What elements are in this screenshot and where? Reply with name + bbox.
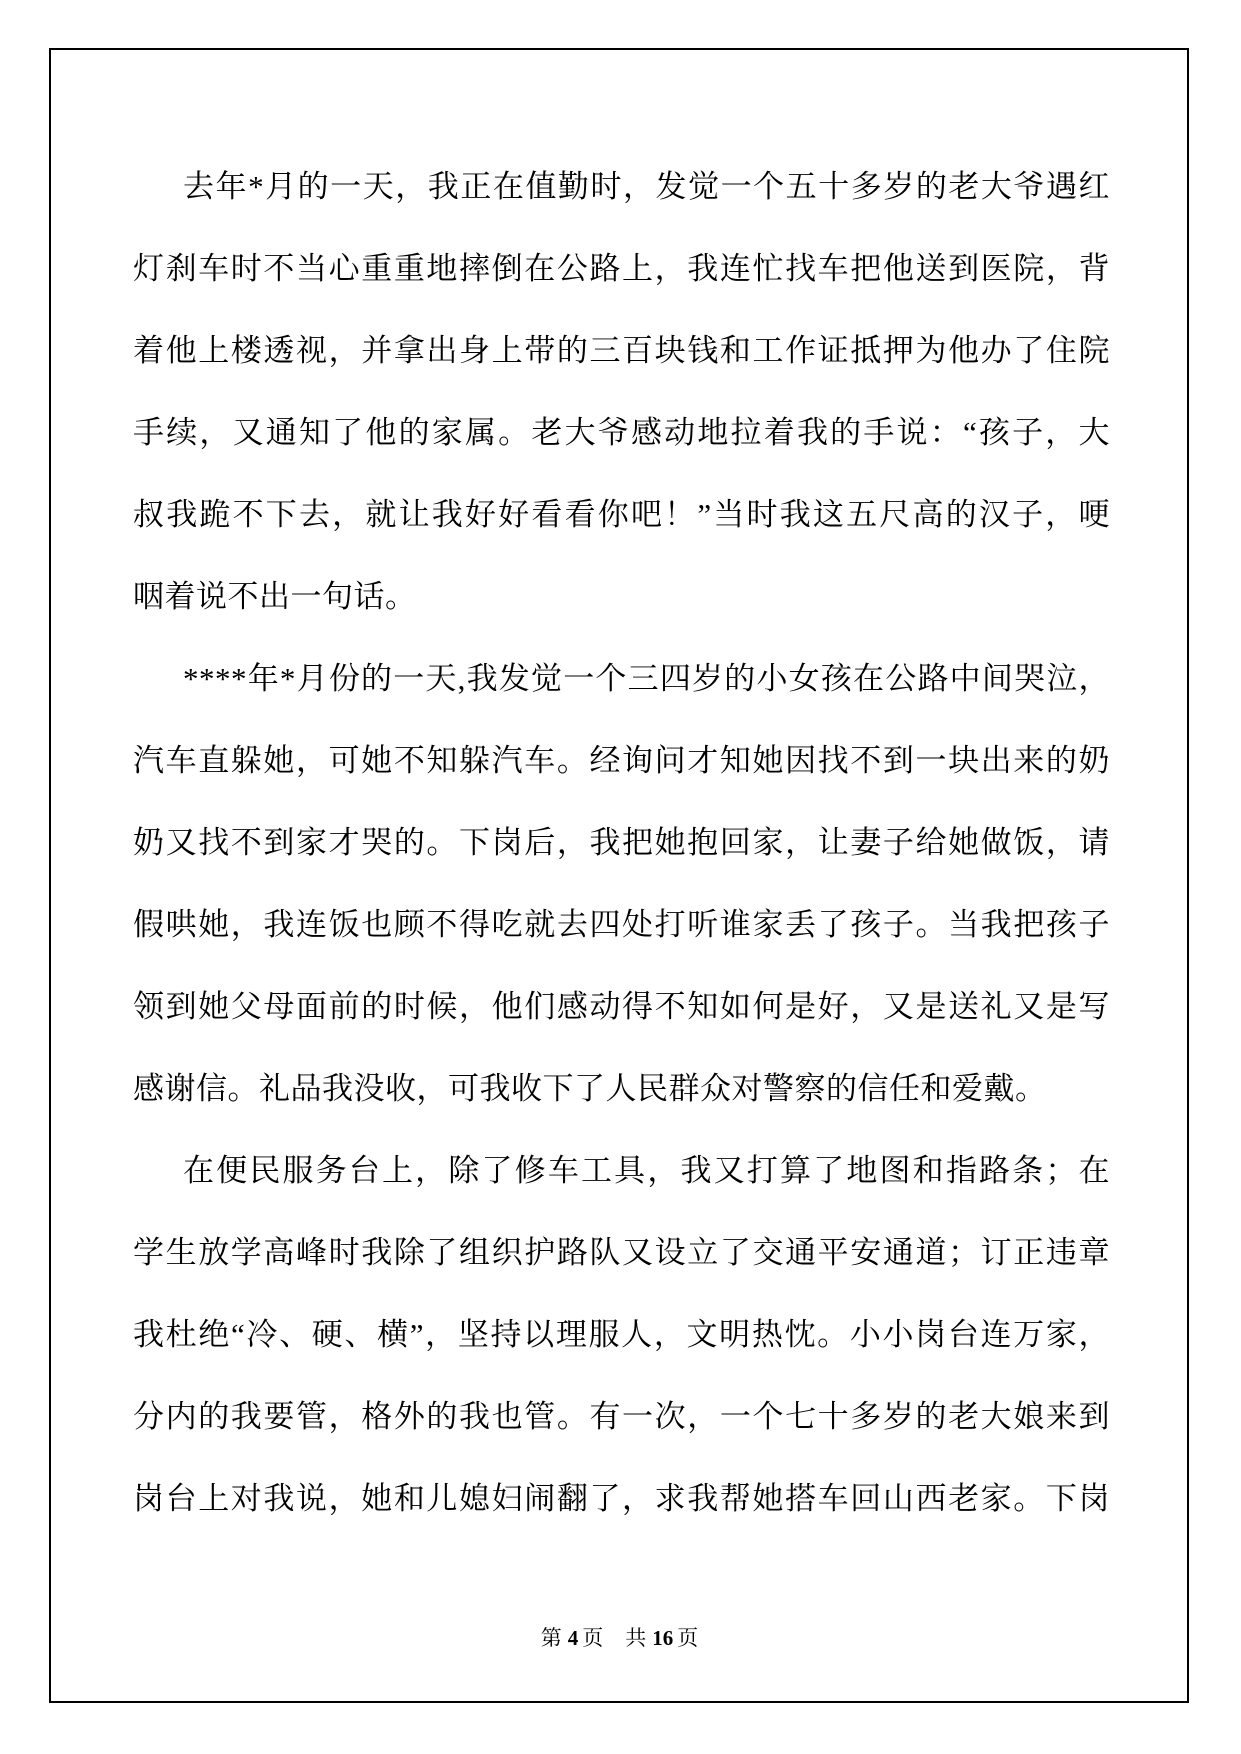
text-line: 学生放学高峰时我除了组织护路队又设立了交通平安通道；订正违章 xyxy=(133,1212,1110,1294)
text-line: 咽着说不出一句话。 xyxy=(133,556,1110,638)
document-page: 去年*月的一天，我正在值勤时，发觉一个五十多岁的老大爷遇红灯刹车时不当心重重地摔… xyxy=(0,0,1241,1754)
text-line: 我杜绝“冷、硬、横”，坚持以理服人，文明热忱。小小岗台连万家， xyxy=(133,1294,1110,1376)
text-line: 奶又找不到家才哭的。下岗后，我把她抱回家，让妻子给她做饭，请 xyxy=(133,802,1110,884)
text-line: 灯刹车时不当心重重地摔倒在公路上，我连忙找车把他送到医院，背 xyxy=(133,228,1110,310)
footer-page-label-suffix: 页 xyxy=(582,1626,605,1650)
paragraph: 去年*月的一天，我正在值勤时，发觉一个五十多岁的老大爷遇红灯刹车时不当心重重地摔… xyxy=(133,146,1110,638)
text-line: ****年*月份的一天,我发觉一个三四岁的小女孩在公路中间哭泣， xyxy=(133,638,1110,720)
footer-total-pages: 16 xyxy=(652,1626,673,1650)
text-line: 去年*月的一天，我正在值勤时，发觉一个五十多岁的老大爷遇红 xyxy=(133,146,1110,228)
text-line: 着他上楼透视，并拿出身上带的三百块钱和工作证抵押为他办了住院 xyxy=(133,310,1110,392)
text-line: 岗台上对我说，她和儿媳妇闹翻了，求我帮她搭车回山西老家。下岗 xyxy=(133,1458,1110,1540)
footer-page-label-prefix: 第 xyxy=(541,1626,564,1650)
paragraph: ****年*月份的一天,我发觉一个三四岁的小女孩在公路中间哭泣，汽车直躲她，可她… xyxy=(133,638,1110,1130)
text-line: 叔我跪不下去，就让我好好看看你吧！”当时我这五尺高的汉子，哽 xyxy=(133,474,1110,556)
text-line: 在便民服务台上，除了修车工具，我又打算了地图和指路条；在 xyxy=(133,1130,1110,1212)
text-line: 分内的我要管，格外的我也管。有一次，一个七十多岁的老大娘来到 xyxy=(133,1376,1110,1458)
text-line: 假哄她，我连饭也顾不得吃就去四处打听谁家丢了孩子。当我把孩子 xyxy=(133,884,1110,966)
footer-total-label-suffix: 页 xyxy=(677,1626,700,1650)
document-body: 去年*月的一天，我正在值勤时，发觉一个五十多岁的老大爷遇红灯刹车时不当心重重地摔… xyxy=(133,146,1110,1540)
text-line: 手续，又通知了他的家属。老大爷感动地拉着我的手说：“孩子，大 xyxy=(133,392,1110,474)
page-footer: 第4页共16页 xyxy=(0,1622,1241,1652)
text-line: 汽车直躲她，可她不知躲汽车。经询问才知她因找不到一块出来的奶 xyxy=(133,720,1110,802)
text-line: 领到她父母面前的时候，他们感动得不知如何是好，又是送礼又是写 xyxy=(133,966,1110,1048)
paragraph: 在便民服务台上，除了修车工具，我又打算了地图和指路条；在学生放学高峰时我除了组织… xyxy=(133,1130,1110,1540)
footer-total-label-prefix: 共 xyxy=(625,1626,648,1650)
footer-current-page: 4 xyxy=(568,1626,579,1650)
text-line: 感谢信。礼品我没收，可我收下了人民群众对警察的信任和爱戴。 xyxy=(133,1048,1110,1130)
